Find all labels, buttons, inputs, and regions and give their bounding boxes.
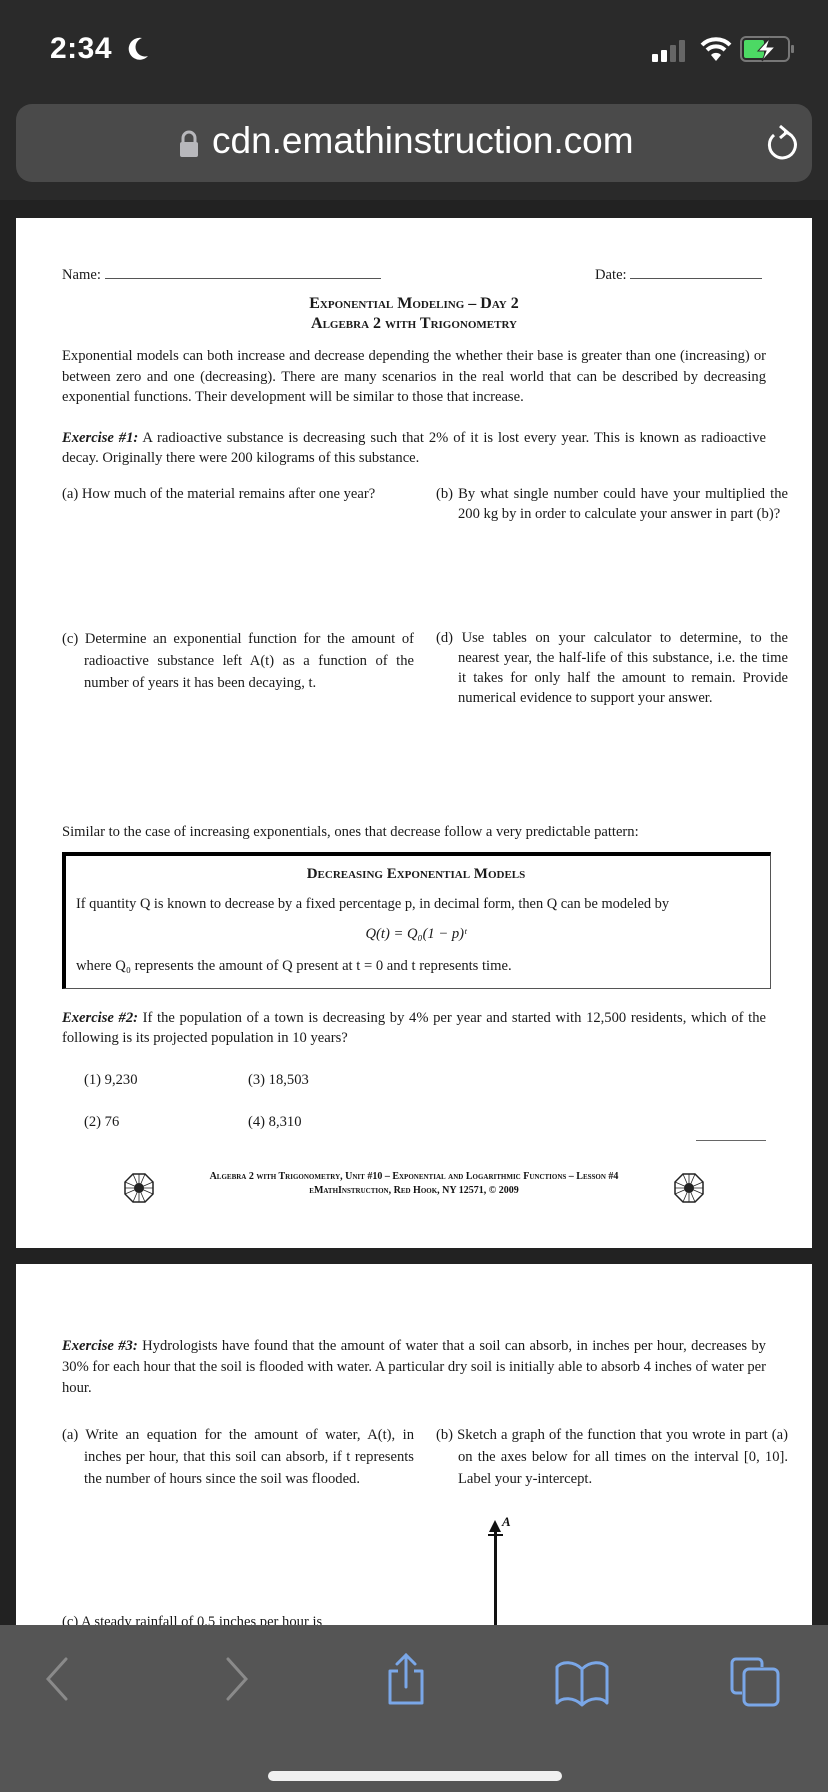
browser-chrome: cdn.emathinstruction.com xyxy=(0,100,828,200)
browser-toolbar xyxy=(0,1625,828,1792)
address-bar[interactable]: cdn.emathinstruction.com xyxy=(16,104,812,182)
intro-paragraph: Exponential models can both increase and… xyxy=(62,346,766,408)
document-page-1: Name: Date: Exponential Modeling – Day 2… xyxy=(16,218,812,1248)
exercise-1c: (c) Determine an exponential function fo… xyxy=(62,628,414,694)
bookmarks-icon[interactable] xyxy=(554,1659,610,1707)
name-field: Name: xyxy=(62,264,381,285)
answer-line xyxy=(696,1140,766,1141)
axis-tick xyxy=(488,1534,503,1536)
forward-icon[interactable] xyxy=(222,1655,252,1703)
battery-charging-icon xyxy=(740,36,796,62)
signal-icon xyxy=(652,40,690,62)
back-icon[interactable] xyxy=(42,1655,72,1703)
axis-label: A xyxy=(502,1514,511,1530)
exercise-1a: (a) How much of the material remains aft… xyxy=(62,484,414,504)
wifi-icon xyxy=(700,36,732,62)
choice-3: (3) 18,503 xyxy=(248,1070,309,1090)
transition-text: Similar to the case of increasing expone… xyxy=(62,822,766,842)
tabs-icon[interactable] xyxy=(728,1655,784,1709)
share-icon[interactable] xyxy=(384,1651,428,1707)
exercise-3a: (a) Write an equation for the amount of … xyxy=(62,1424,414,1490)
moon-icon xyxy=(128,36,150,60)
url-text[interactable]: cdn.emathinstruction.com xyxy=(212,120,634,162)
status-time: 2:34 xyxy=(50,32,112,66)
axis-arrow xyxy=(489,1520,501,1532)
date-blank xyxy=(630,264,762,279)
exercise-1: Exercise #1: A radioactive substance is … xyxy=(62,428,766,468)
choice-4: (4) 8,310 xyxy=(248,1112,302,1132)
document-page-2: Exercise #3: Hydrologists have found tha… xyxy=(16,1264,812,1664)
model-box-line1: If quantity Q is known to decrease by a … xyxy=(76,894,766,914)
model-box: Decreasing Exponential Models If quantit… xyxy=(62,852,771,989)
reload-icon[interactable] xyxy=(762,124,798,164)
page-title: Exponential Modeling – Day 2 xyxy=(16,294,812,314)
model-box-title: Decreasing Exponential Models xyxy=(66,864,766,884)
choice-1: (1) 9,230 xyxy=(84,1070,138,1090)
exercise-1b: (b) By what single number could have you… xyxy=(436,484,788,524)
page-subtitle: Algebra 2 with Trigonometry xyxy=(16,314,812,334)
choice-2: (2) 76 xyxy=(84,1112,119,1132)
lock-icon xyxy=(178,130,200,158)
model-formula: Q(t) = Q₀(1 − p)ᵗ xyxy=(66,924,766,944)
date-field: Date: xyxy=(595,264,762,285)
home-indicator[interactable] xyxy=(268,1771,562,1781)
name-blank xyxy=(105,264,381,279)
exercise-1d: (d) Use tables on your calculator to det… xyxy=(436,628,788,708)
model-box-line2: where Q₀ represents the amount of Q pres… xyxy=(76,956,766,976)
exercise-3: Exercise #3: Hydrologists have found tha… xyxy=(62,1336,766,1399)
page-footer: Algebra 2 with Trigonometry, Unit #10 – … xyxy=(16,1170,812,1198)
exercise-2: Exercise #2: If the population of a town… xyxy=(62,1008,766,1048)
status-bar: 2:34 xyxy=(0,0,828,100)
exercise-3b: (b) Sketch a graph of the function that … xyxy=(436,1424,788,1490)
